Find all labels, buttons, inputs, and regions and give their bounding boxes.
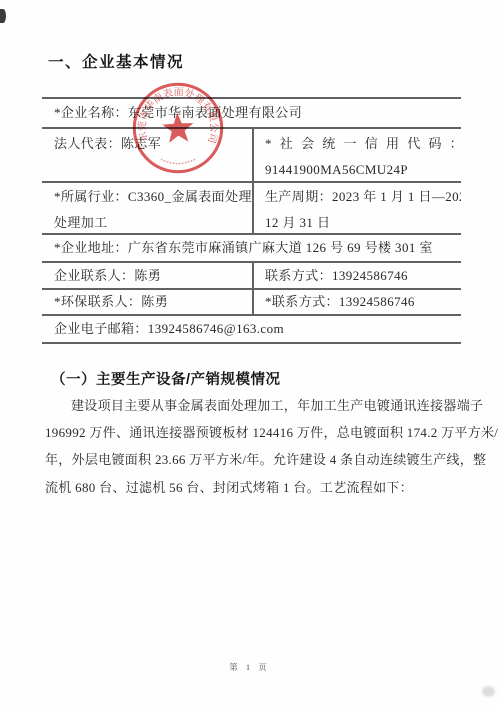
- credit-code-label: * 社 会 统 一 信 用 代 码 ：: [265, 131, 461, 157]
- contact-phone-text: 联系方式：13924586746: [265, 263, 461, 288]
- env-contact-person-cell: *环保联系人：陈勇: [42, 290, 254, 314]
- industry-text-line2: 处理加工: [54, 210, 252, 234]
- industry-text-line1: *所属行业：C3360_金属表面处理及热: [54, 184, 252, 210]
- paragraph-line: 年，外层电镀面积 23.66 万平方米/年。允许建设 4 条自动连续镀生产线，整: [45, 446, 465, 473]
- address-cell: *企业地址：广东省东莞市麻涌镇广麻大道 126 号 69 号楼 301 室: [42, 235, 433, 261]
- company-seal-stamp: 东莞市华南表面处理有限公司 ************: [128, 78, 229, 179]
- row-address: *企业地址：广东省东莞市麻涌镇广麻大道 126 号 69 号楼 301 室: [42, 233, 461, 261]
- env-contact-phone-cell: *联系方式：13924586746: [254, 290, 461, 314]
- production-period-cell: 生产周期：2023 年 1 月 1 日—2023 年 12 月 31 日: [254, 183, 461, 233]
- scan-artifact-top-left: [0, 9, 6, 23]
- production-period-line1: 生产周期：2023 年 1 月 1 日—2023 年: [265, 184, 461, 210]
- email-cell: 企业电子邮箱：13924586746@163.com: [42, 316, 284, 342]
- paragraph-line: 建设项目主要从事金属表面处理加工，年加工生产电镀通讯连接器端子: [45, 392, 465, 419]
- row-email: 企业电子邮箱：13924586746@163.com: [42, 314, 461, 342]
- row-env-contact: *环保联系人：陈勇 *联系方式：13924586746: [42, 288, 461, 314]
- address-text: *企业地址：广东省东莞市麻涌镇广麻大道 126 号 69 号楼 301 室: [54, 235, 433, 261]
- env-contact-person-text: *环保联系人：陈勇: [54, 290, 252, 314]
- seal-code-marks: ************: [158, 157, 198, 169]
- company-info-table: *企业名称：东莞市华南表面处理有限公司 法人代表：陈志军 * 社 会 统 一 信…: [42, 97, 461, 344]
- contact-phone-cell: 联系方式：13924586746: [254, 263, 461, 288]
- paragraph-line: 流机 680 台、过滤机 56 台、封闭式烤箱 1 台。工艺流程如下：: [45, 474, 465, 501]
- row-legal-rep-credit-code: 法人代表：陈志军 * 社 会 统 一 信 用 代 码 ： 91441900MA5…: [42, 127, 461, 181]
- credit-code-cell: * 社 会 统 一 信 用 代 码 ： 91441900MA56CMU24P: [254, 129, 461, 181]
- row-industry-period: *所属行业：C3360_金属表面处理及热 处理加工 生产周期：2023 年 1 …: [42, 181, 461, 233]
- contact-person-cell: 企业联系人：陈勇: [42, 263, 254, 288]
- email-text: 企业电子邮箱：13924586746@163.com: [54, 316, 284, 342]
- industry-cell: *所属行业：C3360_金属表面处理及热 处理加工: [42, 183, 254, 233]
- row-contact: 企业联系人：陈勇 联系方式：13924586746: [42, 261, 461, 288]
- section-heading-1: 一、企业基本情况: [48, 50, 184, 72]
- body-paragraph: 建设项目主要从事金属表面处理加工，年加工生产电镀通讯连接器端子 196992 万…: [45, 392, 465, 501]
- production-period-line2: 12 月 31 日: [265, 210, 461, 234]
- seal-star-icon: [162, 112, 195, 143]
- paragraph-line: 196992 万件、通讯连接器预镀板材 124416 万件，总电镀面积 174.…: [45, 419, 465, 446]
- section-heading-2: （一）主要生产设备/产销规模情况: [51, 368, 281, 389]
- scan-artifact-bottom-right: [482, 686, 495, 697]
- document-page: 一、企业基本情况 *企业名称：东莞市华南表面处理有限公司 法人代表：陈志军 * …: [0, 0, 499, 707]
- page-number: 第 1 页: [0, 661, 499, 673]
- contact-person-text: 企业联系人：陈勇: [54, 263, 252, 288]
- credit-code-value: 91441900MA56CMU24P: [265, 157, 461, 182]
- row-company-name: *企业名称：东莞市华南表面处理有限公司: [42, 97, 461, 127]
- env-contact-phone-text: *联系方式：13924586746: [265, 290, 461, 314]
